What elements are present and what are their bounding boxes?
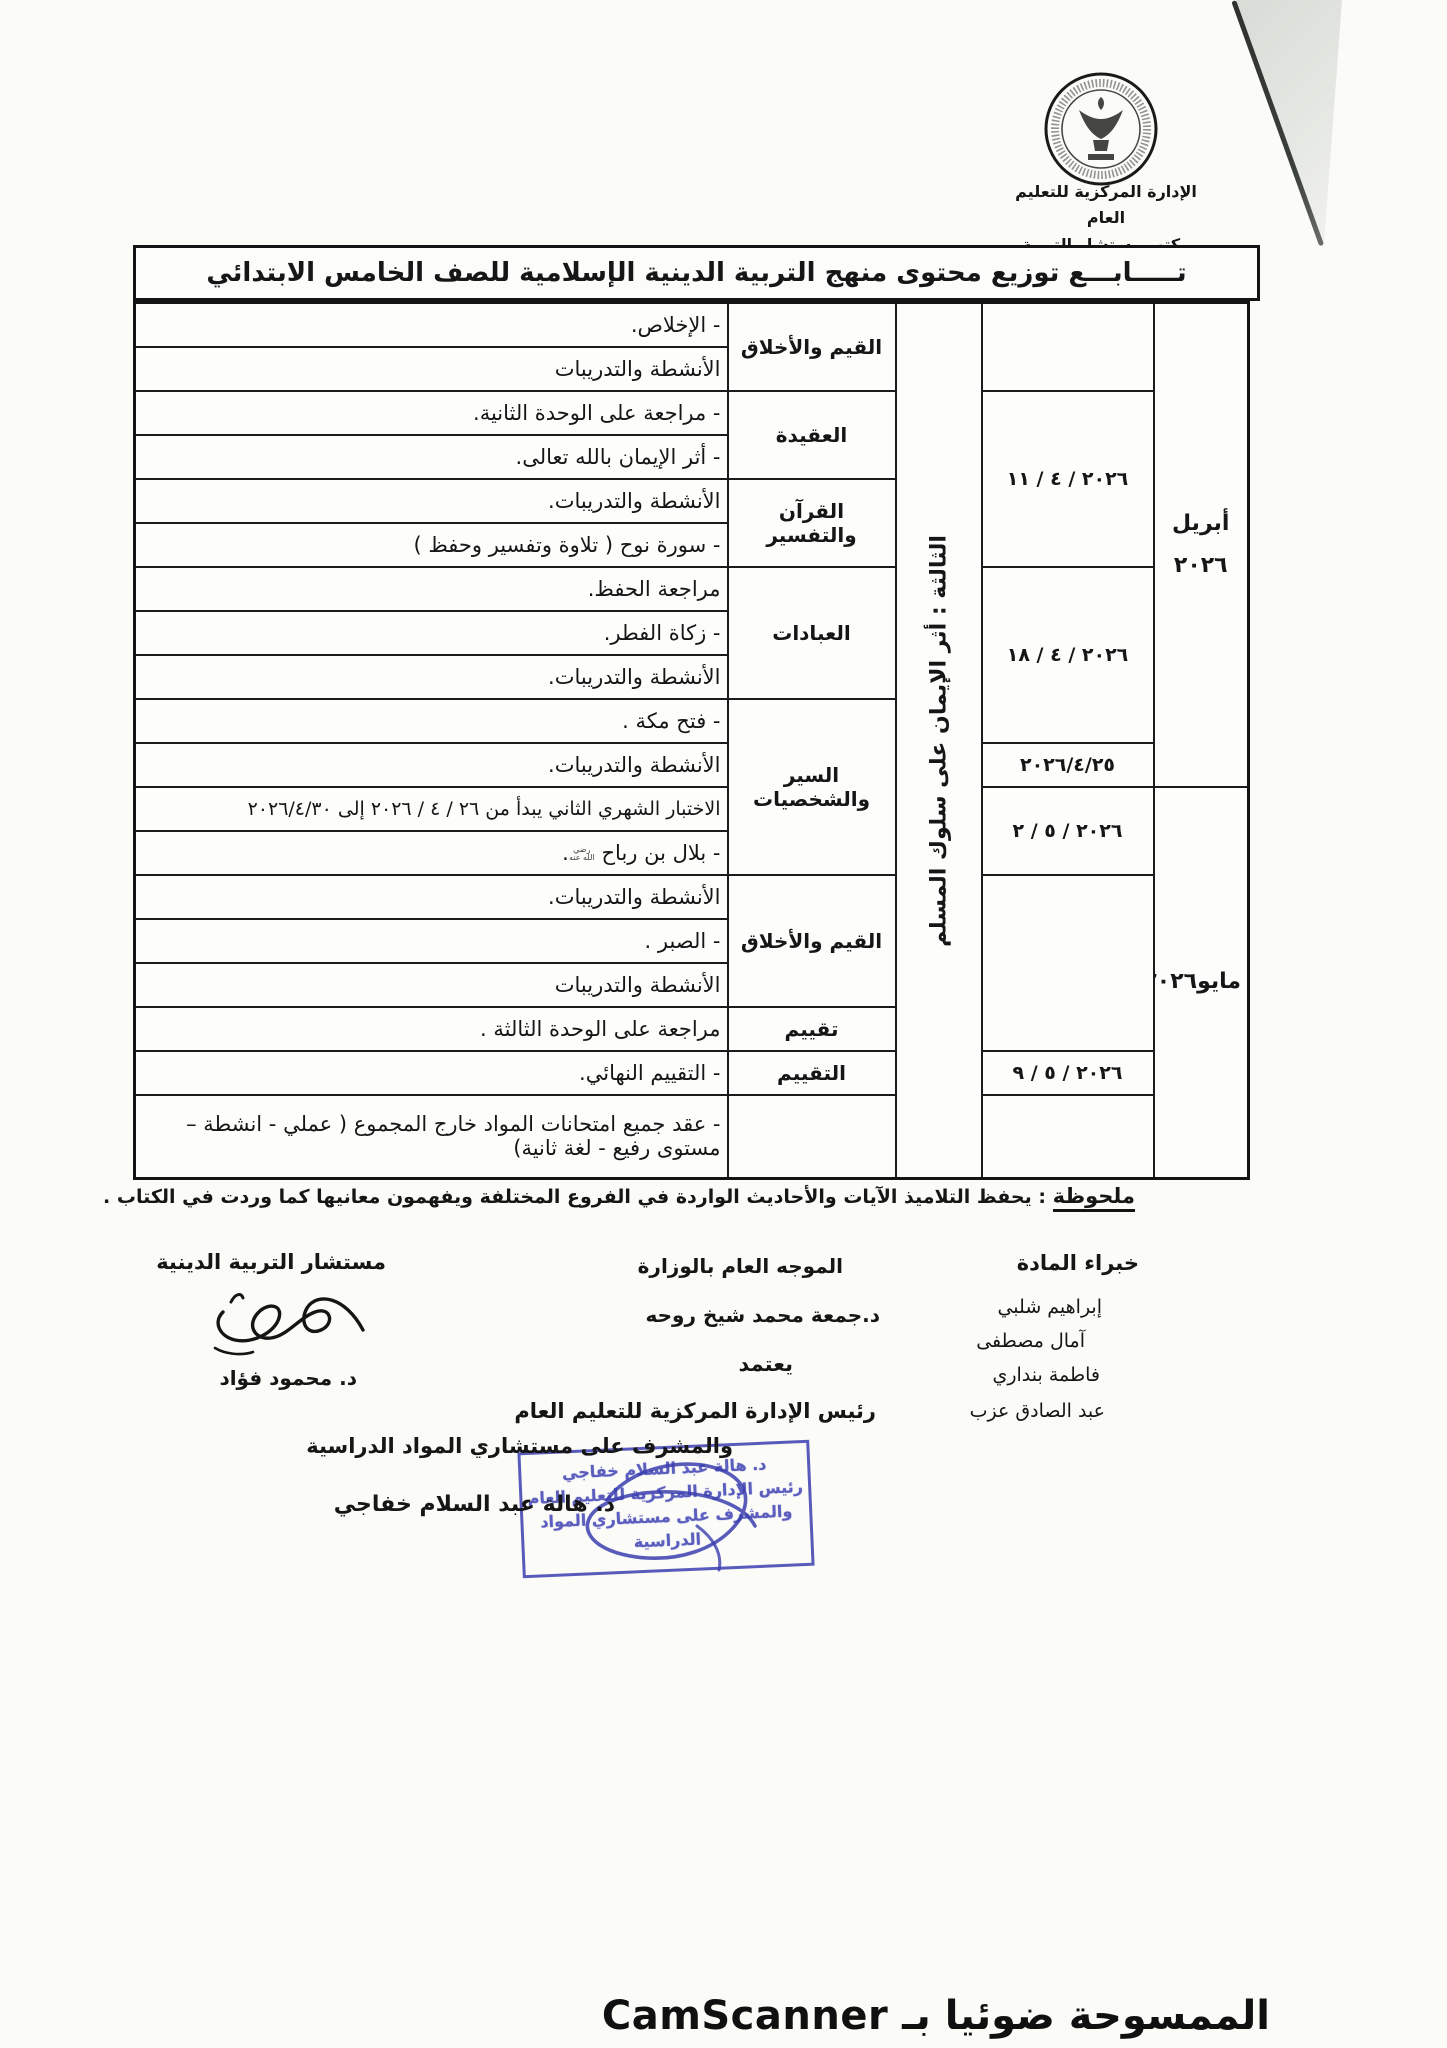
month-name: مايو٢٠٢٦ — [1161, 961, 1242, 1003]
lesson-cell: - مراجعة على الوحدة الثانية. — [135, 391, 728, 435]
lesson-cell: - أثر الإيمان بالله تعالى. — [135, 435, 728, 479]
branch-cell: القيم والأخلاق — [728, 875, 896, 1007]
branch-cell: العبادات — [728, 567, 896, 699]
note-label: ملحوظة — [1053, 1184, 1135, 1212]
date-cell-empty — [982, 303, 1154, 391]
radi-allahu-anhu-mark: رضي الله عنه — [569, 846, 595, 861]
lesson-cell: الأنشطة والتدريبات. — [135, 875, 728, 919]
lesson-cell: الأنشطة والتدريبات — [135, 963, 728, 1007]
unit-cell: الثالثة : أثر الإيمان على سلوك المسلم — [896, 303, 982, 1179]
lesson-cell: - الإخلاص. — [135, 303, 728, 347]
lesson-cell: - التقييم النهائي. — [135, 1051, 728, 1095]
camscanner-watermark: الممسوحة ضوئيا بـ CamScanner — [602, 1993, 1270, 2039]
approval-title-line1: رئيس الإدارة المركزية للتعليم العام — [514, 1399, 876, 1423]
unit-title-vertical: الثالثة : أثر الإيمان على سلوك المسلم — [926, 535, 951, 947]
lesson-text: - بلال بن رباح — [601, 841, 720, 865]
branch-cell: العقيدة — [728, 391, 896, 479]
branch-cell: القرآن والتفسير — [728, 479, 896, 567]
expert-name: عبد الصادق عزب — [970, 1400, 1105, 1422]
eagle-icon — [1079, 97, 1123, 160]
general-supervisor-name: د.جمعة محمد شيخ روحه — [646, 1303, 880, 1327]
lesson-cell: - عقد جميع امتحانات المواد خارج المجموع … — [135, 1095, 728, 1179]
note-text: : يحفظ التلاميذ الآيات والأحاديث الواردة… — [103, 1186, 1046, 1208]
lesson-cell: - فتح مكة . — [135, 699, 728, 743]
expert-name: فاطمة بنداري — [992, 1364, 1100, 1386]
lesson-cell: الأنشطة والتدريبات. — [135, 655, 728, 699]
lesson-suffix: . — [562, 841, 569, 865]
curriculum-table: أبريل ٢٠٢٦ الثالثة : أثر الإيمان على سلو… — [133, 301, 1250, 1180]
lesson-cell: - الصبر . — [135, 919, 728, 963]
expert-name: إبراهيم شلبي — [997, 1296, 1102, 1318]
branch-cell: تقييم — [728, 1007, 896, 1051]
ministry-seal-icon — [1042, 70, 1160, 188]
branch-cell: التقييم — [728, 1051, 896, 1095]
scanned-document-page: الإدارة المركزية للتعليم العام مكتب مستش… — [0, 0, 1447, 2048]
lesson-cell: مراجعة على الوحدة الثالثة . — [135, 1007, 728, 1051]
expert-name: آمال مصطفى — [976, 1330, 1085, 1352]
experts-heading: خبراء المادة — [1017, 1251, 1139, 1275]
lesson-cell: مراجعة الحفظ. — [135, 567, 728, 611]
branch-cell: السير والشخصيات — [728, 699, 896, 875]
advisor-name: د. محمود فؤاد — [219, 1366, 357, 1390]
note-line: ملحوظة : يحفظ التلاميذ الآيات والأحاديث … — [103, 1184, 1135, 1208]
month-cell-april: أبريل ٢٠٢٦ — [1154, 303, 1249, 787]
branch-cell: القيم والأخلاق — [728, 303, 896, 391]
date-cell: ٢٠٢٦ / ٤ / ١١ — [982, 391, 1154, 567]
approval-label: يعتمد — [738, 1352, 793, 1376]
advisor-heading: مستشار التربية الدينية — [156, 1250, 386, 1274]
date-cell-empty — [982, 875, 1154, 1051]
date-cell: ٢٠٢٦/٤/٢٥ — [982, 743, 1154, 787]
lesson-cell: الأنشطة والتدريبات — [135, 347, 728, 391]
month-year: ٢٠٢٦ — [1161, 545, 1242, 587]
approval-name: د. هالة عبد السلام خفاجي — [334, 1492, 615, 1517]
lesson-cell: - زكاة الفطر. — [135, 611, 728, 655]
general-supervisor-heading: الموجه العام بالوزارة — [638, 1254, 843, 1278]
month-name: أبريل — [1161, 503, 1242, 545]
org-line-1: الإدارة المركزية للتعليم العام — [1010, 179, 1202, 232]
exam-notice-cell: الاختبار الشهري الثاني يبدأ من ٢٦ / ٤ / … — [135, 787, 728, 831]
branch-cell-empty — [728, 1095, 896, 1179]
lesson-cell: - سورة نوح ( تلاوة وتفسير وحفظ ) — [135, 523, 728, 567]
lesson-cell: الأنشطة والتدريبات. — [135, 479, 728, 523]
scan-corner-artifact — [1236, 0, 1342, 244]
date-cell: ٢٠٢٦ / ٥ / ٩ — [982, 1051, 1154, 1095]
date-cell: ٢٠٢٦ / ٥ / ٢ — [982, 787, 1154, 875]
approval-title-line2: والمشرف على مستشاري المواد الدراسية — [306, 1434, 733, 1458]
lesson-cell: - بلال بن رباح رضي الله عنه. — [135, 831, 728, 875]
document-title: تـــــابـــع توزيع محتوى منهج التربية ال… — [133, 245, 1260, 301]
month-cell-may: مايو٢٠٢٦ — [1154, 787, 1249, 1179]
date-cell: ٢٠٢٦ / ٤ / ١٨ — [982, 567, 1154, 743]
date-cell-empty — [982, 1095, 1154, 1179]
lesson-cell: الأنشطة والتدريبات. — [135, 743, 728, 787]
advisor-handwritten-signature — [195, 1278, 385, 1373]
